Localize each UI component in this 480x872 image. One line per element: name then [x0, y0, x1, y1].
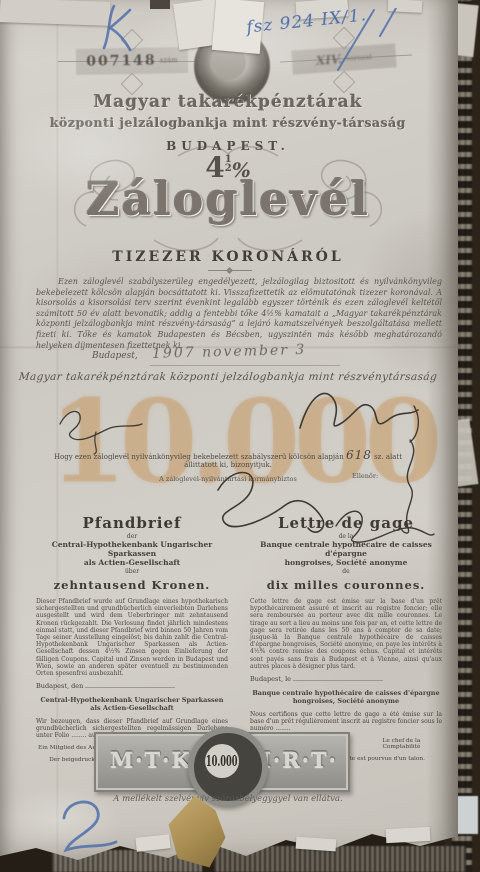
german-denomination: zehntausend Kronen. [36, 578, 228, 592]
document-title: Záloglevél [18, 172, 438, 226]
handwritten-mark-bottom-left [50, 792, 140, 862]
serial-number: 007148 [86, 53, 157, 70]
tear-gap [150, 0, 170, 9]
bank-name-line1: Magyar takarékpénztárak [18, 92, 438, 112]
certification-line1: Hogy ezen záloglevél nyilvánkönyvileg be… [18, 448, 438, 462]
certification-line2: állittatott ki, bizonyitjuk. [18, 461, 438, 469]
handwritten-folio-number: 618 [346, 448, 372, 462]
french-terms-paragraph: Cette lettre de gage est émise sur la ba… [250, 598, 442, 670]
serial-number-label: szám [160, 56, 178, 64]
french-org-line2: hongroises, Société anonyme [250, 558, 442, 567]
bank-name-line2: központi jelzálogbankja mint részvény-tá… [18, 115, 438, 130]
blank-fill-line [85, 687, 175, 688]
embossed-plaque: M·T·K·J· ·M·R·T· 10.000 [94, 732, 350, 792]
german-terms-paragraph: Dieser Pfandbrief wurde auf Grundlage ei… [36, 598, 228, 677]
torn-paper-fragment [386, 827, 431, 843]
certification-text: Hogy ezen záloglevél nyilvánkönyvileg be… [54, 453, 344, 461]
denomination-title: TIZEZER KORONÁRÓL [18, 249, 438, 265]
french-date-line: Budapest, le [250, 675, 442, 683]
handwritten-mark-top-left [100, 2, 140, 52]
german-org-small: Central-Hypothekenbank Ungarischer Spark… [36, 696, 228, 712]
signature-controller [330, 496, 440, 546]
certification-text-post: sz. alatt [374, 453, 402, 461]
german-org-line2: als Actien-Gesellschaft [36, 558, 228, 567]
medallion-denomination: 10.000 [205, 744, 239, 778]
french-column: Lettre de gage de la Banque centrale hyp… [250, 514, 442, 762]
german-date-text: Budapest, den [36, 682, 83, 690]
french-preposition2: de [250, 568, 442, 575]
french-denomination: dix milles couronnes. [250, 578, 442, 592]
date-prefix: Budapest, [92, 351, 138, 361]
torn-paper-fragment [0, 0, 110, 26]
controller-label: Ellenőr: [352, 472, 378, 480]
bond-document: 007148 szám XIV. sorozat Magyar takarékp… [0, 0, 458, 872]
bond-terms-paragraph: Ezen záloglevél szabályszerüleg engedély… [36, 277, 442, 351]
date-rule-line [150, 365, 340, 366]
german-column: Pfandbrief der Central-Hypothekenbank Un… [36, 514, 228, 763]
ornament-divider [208, 270, 252, 271]
french-date-text: Budapest, le [250, 675, 291, 683]
french-org-small: Banque centrale hypothécaire de caisses … [250, 689, 442, 705]
french-sig-right: Le chef de la Comptabilité [363, 738, 440, 750]
handwritten-stroke [330, 8, 400, 78]
handwritten-date: 1907 november 3 [152, 342, 307, 362]
photo-scene: 007148 szám XIV. sorozat Magyar takarékp… [0, 0, 480, 872]
french-attestation: Nous certifions que cette lettre de gage… [250, 711, 442, 732]
blank-fill-line [293, 680, 383, 681]
german-date-line: Budapest, den [36, 682, 228, 690]
german-preposition2: über [36, 568, 228, 575]
